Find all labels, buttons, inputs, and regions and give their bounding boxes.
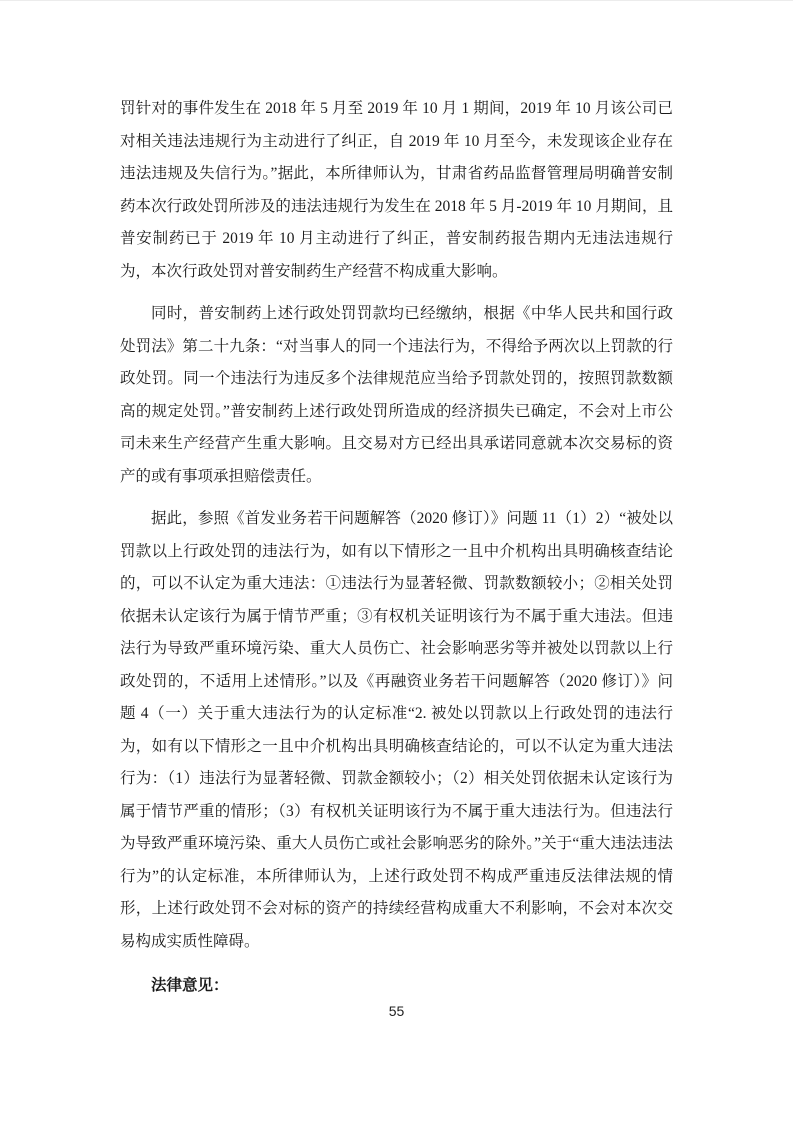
paragraph-penalty-continuation: 罚针对的事件发生在 2018 年 5 月至 2019 年 10 月 1 期间，2… [120, 93, 673, 288]
page-number: 55 [0, 1001, 793, 1021]
paragraph-major-violation-standard: 据此，参照《首发业务若干问题解答（2020 修订）》问题 11（1）2）“被处以… [120, 503, 673, 958]
legal-opinion-heading: 法律意见： [120, 968, 673, 1003]
paragraph-fine-paid-analysis: 同时，普安制药上述行政处罚罚款均已经缴纳，根据《中华人民共和国行政处罚法》第二十… [120, 298, 673, 493]
page-content: 罚针对的事件发生在 2018 年 5 月至 2019 年 10 月 1 期间，2… [120, 93, 673, 1003]
document-page: 罚针对的事件发生在 2018 年 5 月至 2019 年 10 月 1 期间，2… [0, 0, 793, 1123]
